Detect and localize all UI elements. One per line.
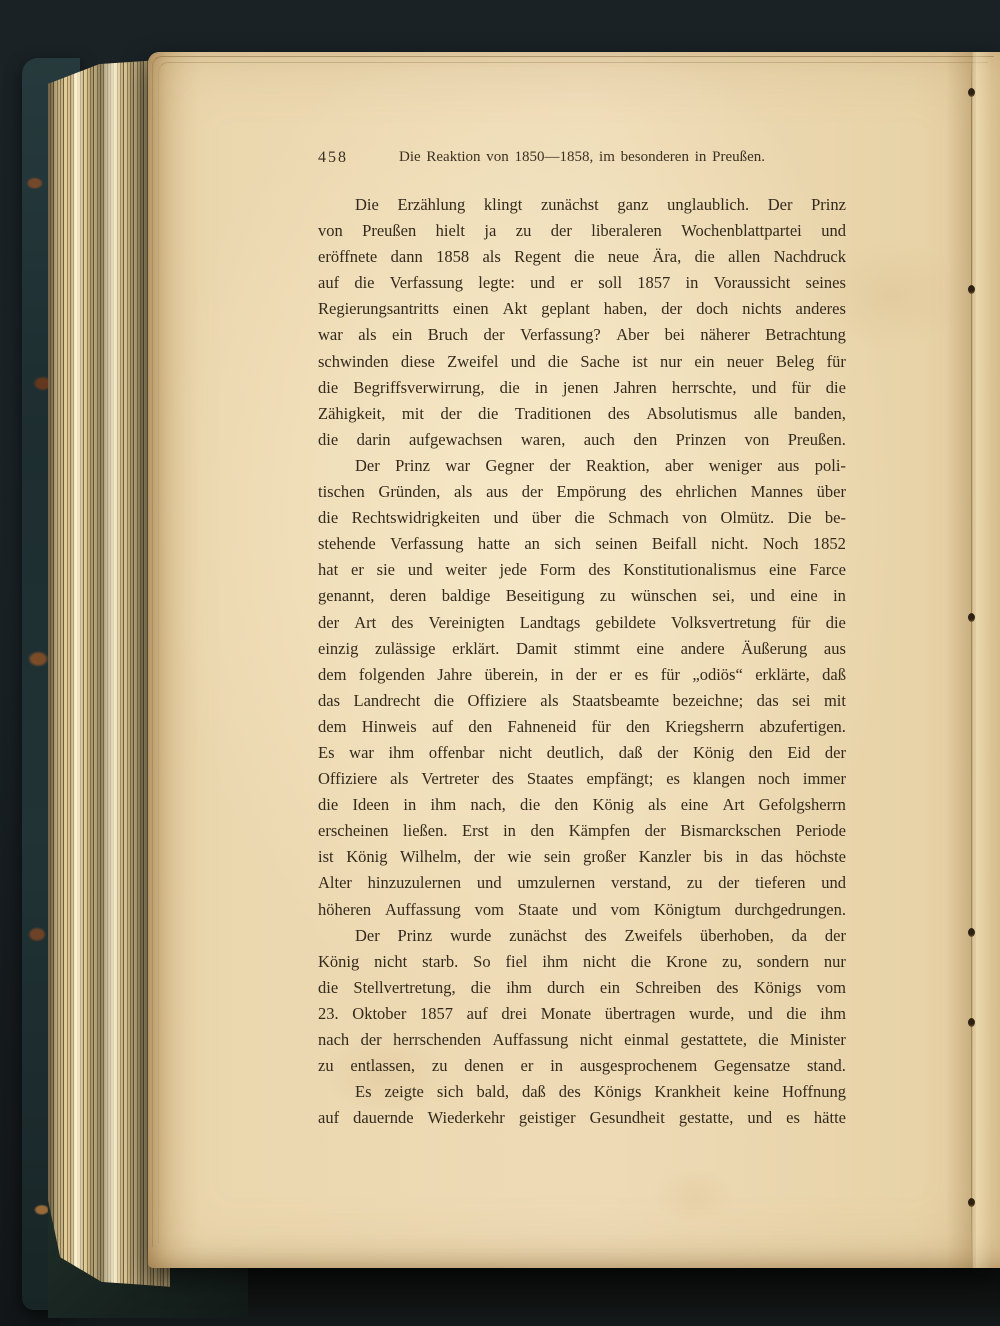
text-line: Alterhinzuzulernenundumzulernenverstand,…: [318, 870, 846, 896]
text-line: schwindendieseZweifelunddieSacheistnurei…: [318, 349, 846, 375]
text-line: istKönigWilhelm,derwieseingroßerKanzlerb…: [318, 844, 846, 870]
text-line: erscheinenließen.ErstindenKämpfenderBism…: [318, 818, 846, 844]
text-line: DieErzählungklingtzunächstganzunglaublic…: [318, 192, 846, 218]
text-line: demfolgendenJahreüberein,indereresfür„od…: [318, 662, 846, 688]
text-line: dieRechtswidrigkeitenundüberdieSchmachvo…: [318, 505, 846, 531]
book-page: 458 Die Reaktion von 1850—1858, im beson…: [148, 52, 1000, 1268]
text-line: DerPrinzwurdezunächstdesZweifelsüberhobe…: [318, 923, 846, 949]
page-number: 458: [318, 149, 348, 167]
text-line: vonPreußenhieltjazuderliberalerenWochenb…: [318, 218, 846, 244]
running-header-row: 458 Die Reaktion von 1850—1858, im beson…: [318, 149, 846, 171]
text-line: hatersieundweiterjedeFormdesKonstitution…: [318, 557, 846, 583]
text-line: 23.Oktober1857aufdreiMonateübertragenwur…: [318, 1001, 846, 1027]
text-line: einzigzulässigeerklärt.Damitstimmteinean…: [318, 636, 846, 662]
text-line: waralseinBruchderVerfassung?Aberbeinäher…: [318, 322, 846, 348]
gutter-conjugate-leaf: [973, 52, 1000, 1268]
text-line: diedarinaufgewachsenwaren,auchdenPrinzen…: [318, 427, 846, 453]
text-line: aufdauerndeWiederkehrgeistigerGesundheit…: [318, 1105, 846, 1131]
text-line: aufdieVerfassunglegte:undersoll1857inVor…: [318, 270, 846, 296]
sewing-hole: [968, 285, 975, 294]
text-line: demHinweisaufdenFahneneidfürdenKriegsher…: [318, 714, 846, 740]
text-line: tischenGründen,alsausderEmpörungdesehrli…: [318, 479, 846, 505]
running-header-title: Die Reaktion von 1850—1858, im besondere…: [318, 149, 846, 166]
sewing-hole: [968, 613, 975, 622]
body-text-block: DieErzählungklingtzunächstganzunglaublic…: [318, 192, 846, 1131]
text-line: nachderherrschendenAuffassungnichteinmal…: [318, 1027, 846, 1053]
photo-background: 458 Die Reaktion von 1850—1858, im beson…: [0, 0, 1000, 1326]
text-line: eröffnetedann1858alsRegentdieneueÄra,die…: [318, 244, 846, 270]
text-line: höherenAuffassungvomStaateundvomKönigtum…: [318, 897, 846, 923]
text-line: Zähigkeit,mitderdieTraditionendesAbsolut…: [318, 401, 846, 427]
text-line: Eswarihmoffenbarnichtdeutlich,daßderKöni…: [318, 740, 846, 766]
gutter-crease-line: [971, 52, 972, 1268]
text-line: dieBegriffsverwirrung,dieinjenenJahrenhe…: [318, 375, 846, 401]
text-line: dieStellvertretung,dieihmdurcheinSchreib…: [318, 975, 846, 1001]
text-line: stehendeVerfassunghatteansichseinenBeifa…: [318, 531, 846, 557]
text-line: OffizierealsVertreterdesStaatesempfängt;…: [318, 766, 846, 792]
text-line: DerPrinzwarGegnerderReaktion,aberweniger…: [318, 453, 846, 479]
text-line: genannt,derenbaldigeBeseitigungzuwünsche…: [318, 583, 846, 609]
sewing-hole: [968, 1018, 975, 1027]
text-line: Eszeigtesichbald,daßdesKönigsKrankheitke…: [318, 1079, 846, 1105]
sewing-hole: [968, 928, 975, 937]
text-line: derArtdesVereinigtenLandtagsgebildeteVol…: [318, 610, 846, 636]
text-line: RegierungsantrittseinenAktgeplanthaben,d…: [318, 296, 846, 322]
text-line: dasLandrechtdieOffizierealsStaatsbeamteb…: [318, 688, 846, 714]
text-line: zuentlassen,zudenenerinausgesprochenemGe…: [318, 1053, 846, 1079]
sewing-hole: [968, 1198, 975, 1207]
text-line: dieIdeeninihmnach,diedenKönigalseineArtG…: [318, 792, 846, 818]
text-line: Könignichtstarb.SofielihmnichtdieKronezu…: [318, 949, 846, 975]
sewing-hole: [968, 88, 975, 97]
